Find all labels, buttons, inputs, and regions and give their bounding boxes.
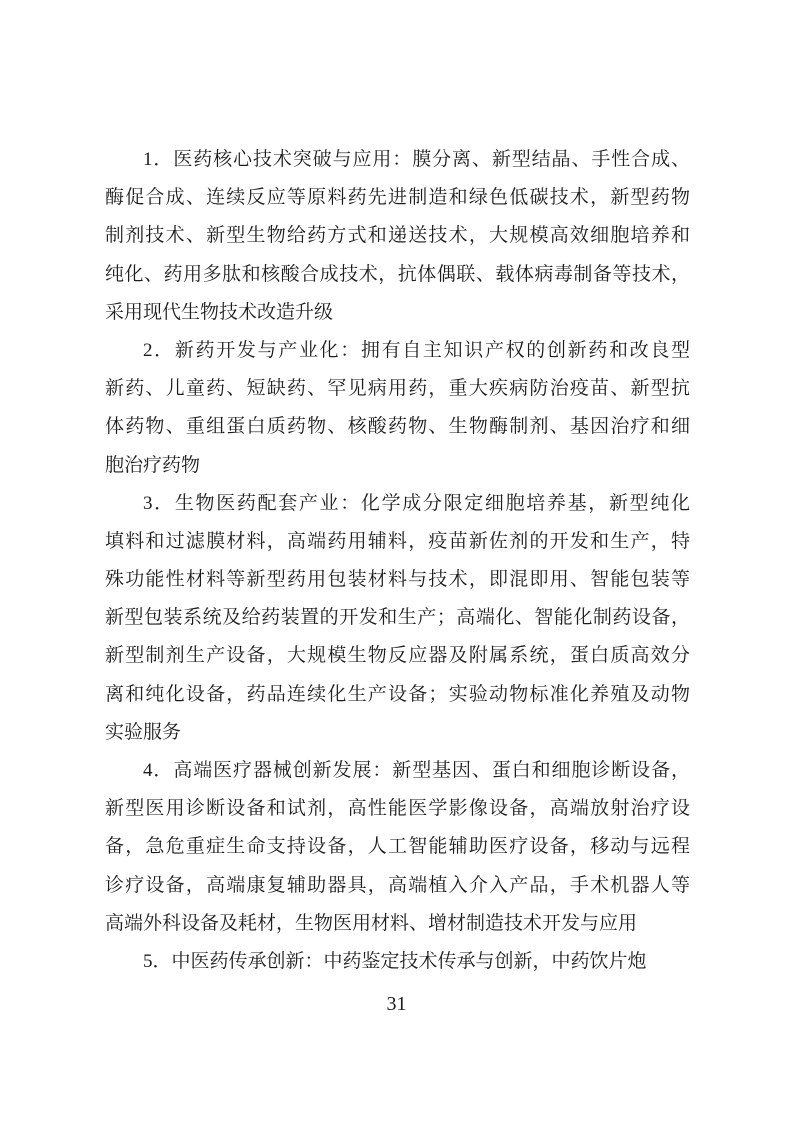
text-line: 1．医药核心技术突破与应用：膜分离、新型结晶、手性合成、 [105, 141, 690, 179]
text-line: 填料和过滤膜材料，高端药用辅料，疫苗新佐剂的开发和生产，特 [105, 523, 690, 561]
text-line: 纯化、药用多肽和核酸合成技术，抗体偶联、载体病毒制备等技术， [105, 256, 690, 294]
text-line: 新型制剂生产设备，大规模生物反应器及附属系统，蛋白质高效分 [105, 637, 690, 675]
document-body: 1．医药核心技术突破与应用：膜分离、新型结晶、手性合成、酶促合成、连续反应等原料… [105, 141, 690, 981]
text-line: 4．高端医疗器械创新发展：新型基因、蛋白和细胞诊断设备， [105, 752, 690, 790]
paragraph-3: 3．生物医药配套产业：化学成分限定细胞培养基，新型纯化填料和过滤膜材料，高端药用… [105, 485, 690, 752]
text-line: 备，急危重症生命支持设备，人工智能辅助医疗设备，移动与远程 [105, 828, 690, 866]
text-line: 胞治疗药物 [105, 447, 690, 485]
text-line: 实验服务 [105, 714, 690, 752]
text-line: 离和纯化设备，药品连续化生产设备；实验动物标准化养殖及动物 [105, 676, 690, 714]
paragraph-4: 4．高端医疗器械创新发展：新型基因、蛋白和细胞诊断设备，新型医用诊断设备和试剂，… [105, 752, 690, 943]
text-line: 殊功能性材料等新型药用包装材料与技术，即混即用、智能包装等 [105, 561, 690, 599]
paragraph-2: 2．新药开发与产业化：拥有自主知识产权的创新药和改良型新药、儿童药、短缺药、罕见… [105, 332, 690, 485]
page-number: 31 [0, 993, 793, 1016]
text-line: 采用现代生物技术改造升级 [105, 294, 690, 332]
paragraph-1: 1．医药核心技术突破与应用：膜分离、新型结晶、手性合成、酶促合成、连续反应等原料… [105, 141, 690, 332]
text-line: 新型医用诊断设备和试剂，高性能医学影像设备，高端放射治疗设 [105, 790, 690, 828]
text-line: 高端外科设备及耗材，生物医用材料、增材制造技术开发与应用 [105, 905, 690, 943]
text-line: 5．中医药传承创新：中药鉴定技术传承与创新，中药饮片炮 [105, 943, 690, 981]
text-line: 酶促合成、连续反应等原料药先进制造和绿色低碳技术，新型药物 [105, 179, 690, 217]
text-line: 体药物、重组蛋白质药物、核酸药物、生物酶制剂、基因治疗和细 [105, 408, 690, 446]
text-line: 2．新药开发与产业化：拥有自主知识产权的创新药和改良型 [105, 332, 690, 370]
text-line: 新型包装系统及给药装置的开发和生产；高端化、智能化制药设备， [105, 599, 690, 637]
text-line: 诊疗设备，高端康复辅助器具，高端植入介入产品，手术机器人等 [105, 867, 690, 905]
paragraph-5: 5．中医药传承创新：中药鉴定技术传承与创新，中药饮片炮 [105, 943, 690, 981]
text-line: 制剂技术、新型生物给药方式和递送技术，大规模高效细胞培养和 [105, 217, 690, 255]
text-line: 3．生物医药配套产业：化学成分限定细胞培养基，新型纯化 [105, 485, 690, 523]
text-line: 新药、儿童药、短缺药、罕见病用药，重大疾病防治疫苗、新型抗 [105, 370, 690, 408]
